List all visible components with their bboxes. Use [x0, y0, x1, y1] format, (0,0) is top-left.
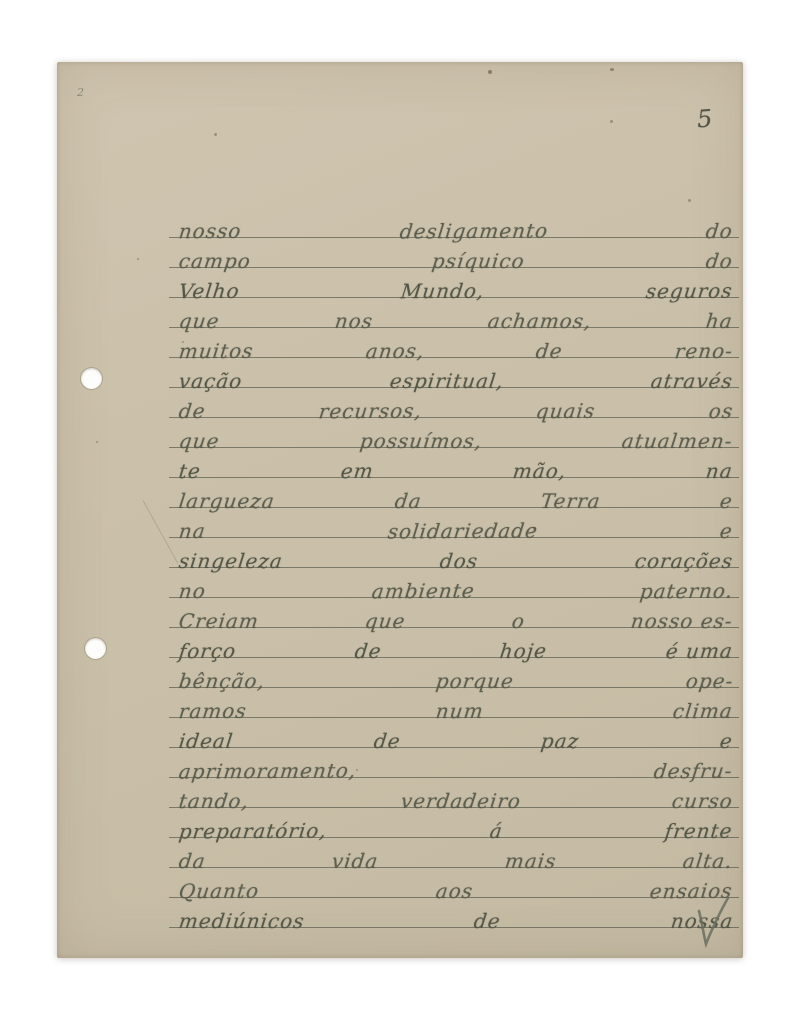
- word: nosso: [178, 221, 243, 241]
- word: mediúnicos: [178, 911, 306, 931]
- word: do: [705, 251, 734, 271]
- word: anos,: [364, 341, 425, 361]
- paper-speck: [137, 258, 139, 260]
- manuscript-page: 2 5 nossodesligamentodocampopsíquicodoVe…: [57, 62, 743, 958]
- word: da: [178, 851, 207, 871]
- word: através: [650, 371, 734, 391]
- word: aprimoramento,: [178, 760, 358, 781]
- paper-speck: [182, 341, 184, 343]
- paper-speck: [96, 441, 98, 443]
- manuscript-line: vaçãoespiritual,através: [169, 358, 739, 388]
- paper-speck: [488, 70, 492, 74]
- word: Quanto: [178, 881, 261, 902]
- manuscript-line: muitosanos,dereno-: [169, 328, 739, 358]
- punch-hole-bottom: [85, 638, 106, 659]
- manuscript-lines: nossodesligamentodocampopsíquicodoVelhoM…: [169, 208, 739, 928]
- word: reno-: [674, 341, 734, 361]
- word: corações: [634, 551, 735, 571]
- word: no: [178, 581, 207, 601]
- paper-speck: [610, 120, 613, 123]
- manuscript-line: nossodesligamentodo: [169, 208, 739, 238]
- word: Velho: [178, 281, 241, 301]
- word: Terra: [540, 491, 602, 511]
- word: curso: [671, 791, 734, 811]
- word: vação: [178, 371, 244, 391]
- word: de: [373, 731, 402, 751]
- word: que: [178, 311, 221, 331]
- word: ramos: [178, 701, 248, 721]
- word: o: [511, 611, 527, 631]
- word: é uma: [665, 641, 734, 661]
- word: achamos,: [486, 311, 592, 331]
- paper-speck: [356, 769, 358, 771]
- paper-speck: [533, 527, 536, 530]
- word: paterno.: [639, 581, 734, 602]
- manuscript-line: Quantoaosensaios: [169, 868, 739, 898]
- word: verdadeiro: [399, 791, 522, 811]
- word: que: [178, 431, 221, 451]
- manuscript-line: bênção,porqueope-: [169, 658, 739, 688]
- corner-mark: 2: [77, 86, 84, 99]
- word: e: [719, 731, 734, 751]
- manuscript-line: aprimoramento,desfru-: [169, 748, 739, 778]
- word: de: [178, 401, 207, 421]
- word: de: [535, 341, 564, 361]
- word: campo: [178, 251, 252, 271]
- word: muitos: [178, 341, 255, 362]
- word: porque: [435, 671, 515, 691]
- word: forço: [178, 641, 238, 661]
- word: de: [473, 911, 502, 931]
- paper-speck: [610, 68, 614, 71]
- word: singeleza: [178, 551, 284, 571]
- word: na: [178, 521, 207, 541]
- word: Mundo,: [400, 281, 486, 302]
- word: tando,: [178, 791, 251, 811]
- word: mais: [504, 851, 558, 871]
- word: bênção,: [178, 671, 267, 691]
- word: nosso es-: [630, 611, 734, 631]
- word: preparatório,: [178, 820, 328, 841]
- checkmark-icon: [689, 890, 737, 950]
- word: frente: [664, 821, 734, 841]
- word: que: [364, 611, 407, 631]
- word: num: [435, 701, 485, 721]
- word: da: [393, 491, 422, 511]
- word: ambiente: [370, 581, 475, 602]
- word: psíquico: [431, 251, 526, 271]
- punch-hole-top: [81, 368, 102, 389]
- word: atualmen-: [621, 431, 734, 451]
- word: e: [719, 521, 734, 541]
- word: paz: [540, 731, 581, 751]
- word: vida: [331, 851, 380, 871]
- word: clima: [672, 701, 734, 721]
- word: ideal: [178, 731, 235, 751]
- page-number: 5: [696, 103, 738, 134]
- manuscript-line: quepossuímos,atualmen-: [169, 418, 739, 448]
- word: te: [178, 461, 202, 481]
- word: solidariedade: [387, 520, 539, 541]
- word: mão,: [512, 461, 568, 481]
- word: dos: [439, 551, 480, 571]
- paper-speck: [214, 133, 217, 136]
- paper-speck: [688, 199, 691, 202]
- word: de: [354, 641, 383, 661]
- word: Creiam: [178, 611, 260, 631]
- word: do: [705, 221, 734, 241]
- word: recursos,: [318, 401, 423, 422]
- word: nos: [333, 311, 374, 331]
- word: espiritual,: [389, 371, 505, 391]
- manuscript-line: larguezadaTerrae: [169, 478, 739, 508]
- word: quais: [535, 401, 597, 421]
- word: á: [489, 821, 504, 841]
- word: aos: [435, 881, 475, 901]
- word: e: [719, 491, 734, 511]
- word: ha: [705, 311, 734, 331]
- word: hoje: [499, 641, 548, 661]
- word: possuímos,: [359, 431, 484, 451]
- word: alta.: [682, 851, 734, 871]
- word: desfru-: [653, 761, 734, 782]
- word: seguros: [645, 281, 734, 302]
- word: em: [339, 461, 374, 481]
- word: os: [708, 401, 735, 421]
- word: na: [705, 461, 734, 481]
- word: largueza: [178, 491, 276, 511]
- word: desligamento: [399, 220, 550, 241]
- word: ope-: [684, 671, 734, 691]
